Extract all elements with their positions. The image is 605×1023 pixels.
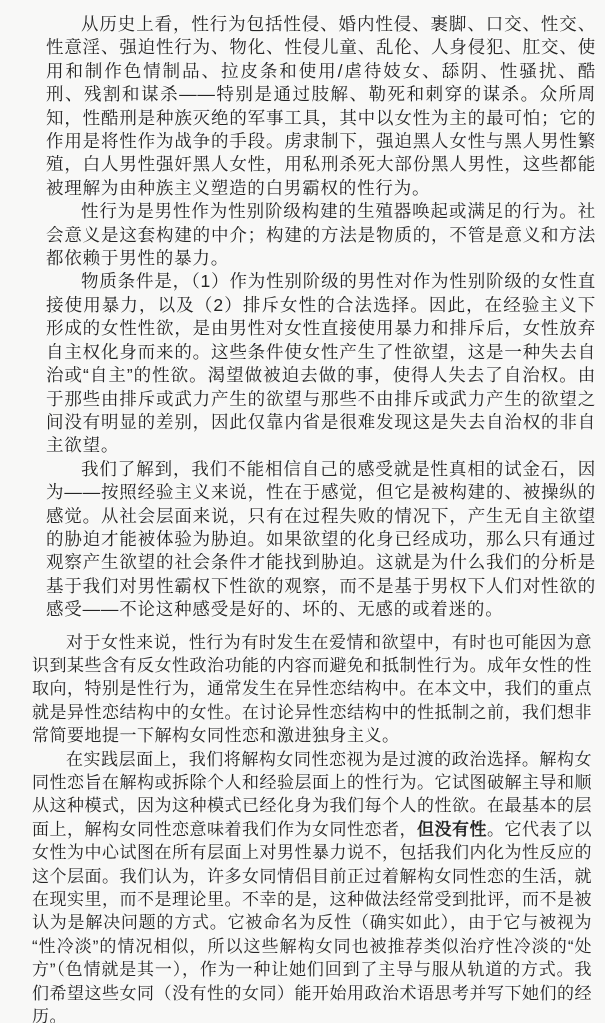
paragraph-construction: 性行为是男性作为性别阶级构建的生殖器唤起或满足的行为。社会意义是这套构建的中介；…	[46, 200, 596, 270]
bold-phrase-no-sex: 但没有性	[417, 820, 487, 839]
paragraph-practice: 在实践层面上，我们将解构女同性恋视为是过渡的政治选择。解构女同性恋旨在解构或拆除…	[32, 748, 592, 1023]
paragraph-material-conditions: 物质条件是，（1）作为性别阶级的男性对作为性别阶级的女性直接使用暴力，以及（2）…	[46, 270, 596, 457]
practice-text-after: 。它代表了以女性为中心试图在所有层面上对男性暴力说不，包括我们内化为性反应的这个…	[32, 820, 592, 1023]
text-section-bottom: 对于女性来说，性行为有时发生在爱情和欲望中，有时也可能因为意识到某些含有反女性政…	[0, 631, 605, 1023]
text-section-top: 从历史上看，性行为包括性侵、婚内性侵、裹脚、口交、性交、性意淫、强迫性行为、物化…	[0, 0, 605, 622]
paragraph-history: 从历史上看，性行为包括性侵、婚内性侵、裹脚、口交、性交、性意淫、强迫性行为、物化…	[46, 13, 596, 200]
paragraph-women: 对于女性来说，性行为有时发生在爱情和欲望中，有时也可能因为意识到某些含有反女性政…	[32, 631, 592, 748]
document-page: 从历史上看，性行为包括性侵、婚内性侵、裹脚、口交、性交、性意淫、强迫性行为、物化…	[0, 0, 605, 1023]
paragraph-touchstone: 我们了解到，我们不能相信自己的感受就是性真相的试金石，因为——按照经验主义来说，…	[46, 458, 596, 622]
